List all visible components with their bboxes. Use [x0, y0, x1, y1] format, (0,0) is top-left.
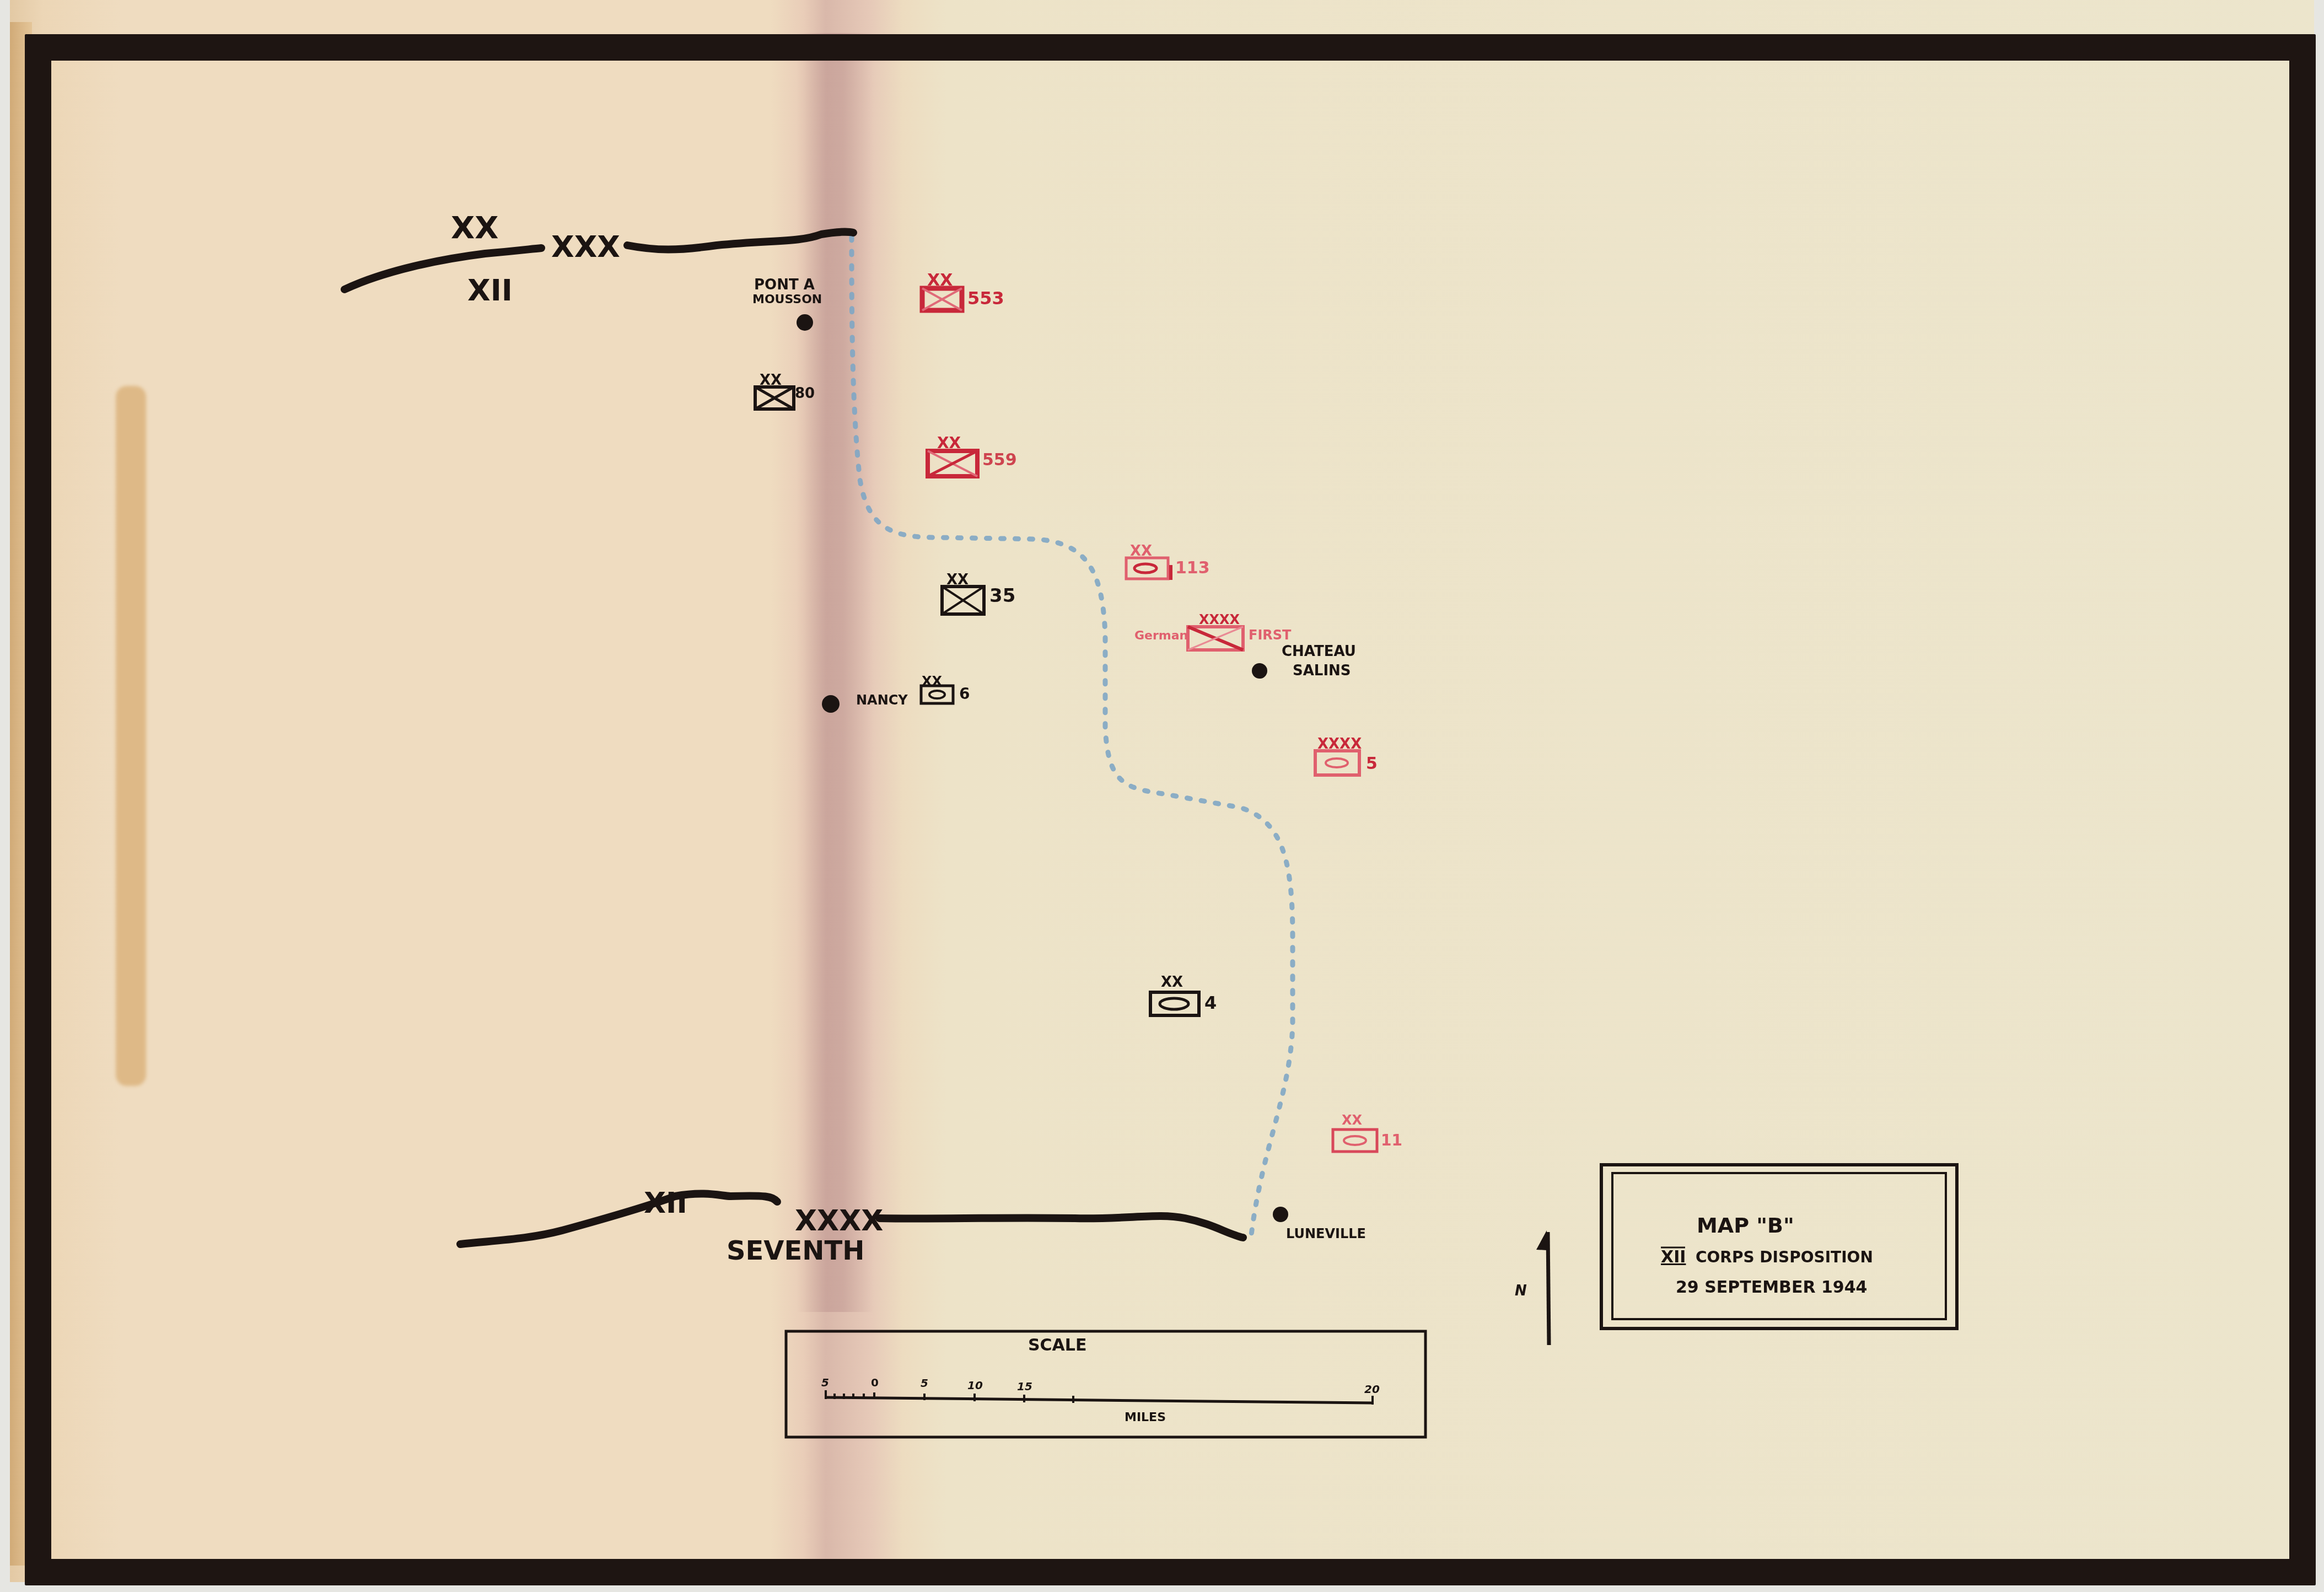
- svg-text:XX: XX: [1161, 974, 1183, 991]
- infantry-symbol-icon: [942, 587, 984, 614]
- unit-friendly-80-infantry-division[interactable]: XX 80: [755, 372, 815, 409]
- infantry-symbol-icon: [755, 387, 794, 409]
- svg-text:10: 10: [967, 1379, 983, 1392]
- town-nancy: NANCY: [822, 692, 908, 713]
- svg-text:MOUSSON: MOUSSON: [752, 293, 822, 306]
- svg-text:XX: XX: [1342, 1112, 1363, 1128]
- town-marker-icon: [797, 314, 813, 331]
- svg-text:LUNEVILLE: LUNEVILLE: [1286, 1226, 1366, 1241]
- svg-text:80: 80: [795, 385, 815, 402]
- title-cartouche: MAP "B" XII CORPS DISPOSITION 29 SEPTEMB…: [1601, 1165, 1957, 1329]
- map-date: 29 SEPTEMBER 1944: [1676, 1278, 1868, 1297]
- svg-text:CHATEAU: CHATEAU: [1282, 643, 1356, 660]
- town-marker-icon: [1273, 1207, 1288, 1222]
- south-boundary-echelon: XXXX: [795, 1204, 883, 1238]
- town-chateau-salins: CHATEAU SALINS: [1252, 643, 1356, 679]
- south-army-boundary: XXXX XII SEVENTH: [460, 1187, 1243, 1266]
- svg-text:559: 559: [982, 450, 1017, 470]
- svg-text:German: German: [1134, 629, 1188, 643]
- corps-numeral: XII: [1661, 1247, 1686, 1267]
- south-boundary-lower-unit: SEVENTH: [727, 1235, 864, 1266]
- armored-symbol-icon: [1315, 751, 1359, 775]
- svg-text:5: 5: [1366, 754, 1378, 773]
- svg-text:5: 5: [821, 1376, 829, 1389]
- svg-text:4: 4: [1204, 992, 1217, 1013]
- armored-symbol-icon: [1333, 1130, 1377, 1152]
- svg-text:35: 35: [989, 585, 1015, 607]
- svg-text:553: 553: [967, 288, 1004, 309]
- unit-friendly-6-armored-division[interactable]: XX 6: [921, 674, 970, 703]
- unit-enemy-113-armored[interactable]: XX 113: [1126, 543, 1210, 580]
- north-arrow-icon: [1536, 1230, 1547, 1250]
- svg-text:N: N: [1515, 1283, 1527, 1299]
- north-boundary-upper-unit: XX: [451, 210, 498, 246]
- town-luneville: LUNEVILLE: [1273, 1207, 1366, 1241]
- svg-text:FIRST: FIRST: [1249, 627, 1292, 643]
- svg-text:5: 5: [921, 1376, 928, 1390]
- infantry-symbol-icon: [928, 451, 977, 476]
- town-pont-a-mousson: PONT A MOUSSON: [752, 277, 822, 331]
- svg-text:NANCY: NANCY: [856, 692, 908, 708]
- svg-text:PONT A: PONT A: [754, 277, 815, 293]
- north-boundary-lower-unit: XII: [467, 273, 513, 308]
- unit-enemy-11-armored-division[interactable]: XX 11: [1333, 1112, 1402, 1152]
- unit-enemy-559-infantry-division[interactable]: XX 559: [928, 434, 1017, 476]
- armored-symbol-icon: [1150, 992, 1199, 1015]
- svg-text:XXXX: XXXX: [1199, 612, 1240, 627]
- map-subtitle: CORPS DISPOSITION: [1696, 1248, 1873, 1266]
- unit-enemy-5-panzer-army[interactable]: XXXX 5: [1315, 736, 1378, 775]
- town-marker-icon: [822, 695, 840, 713]
- south-boundary-upper-unit: XII: [644, 1187, 687, 1220]
- scale-title: SCALE: [1028, 1336, 1086, 1355]
- unit-friendly-35-infantry-division[interactable]: XX 35: [942, 572, 1015, 614]
- scale-bar: SCALE 5 0 5 10 15 20 MILES: [786, 1331, 1425, 1437]
- svg-text:6: 6: [959, 685, 970, 703]
- scale-units: MILES: [1125, 1411, 1166, 1424]
- svg-text:SALINS: SALINS: [1293, 663, 1351, 679]
- armored-symbol-icon: [1126, 558, 1171, 580]
- svg-text:11: 11: [1381, 1131, 1402, 1149]
- infantry-symbol-icon: [1188, 627, 1243, 650]
- svg-text:0: 0: [871, 1376, 879, 1389]
- town-marker-icon: [1252, 663, 1267, 679]
- front-line: [852, 237, 1293, 1235]
- infantry-symbol-icon: [922, 288, 962, 310]
- unit-friendly-4-armored-division[interactable]: XX 4: [1150, 974, 1217, 1015]
- map-canvas: XXX XX XII XXXX XII SEVENTH PONT A MOUSS…: [0, 0, 2324, 1592]
- north-boundary-echelon: XXX: [551, 229, 620, 264]
- unit-enemy-553-infantry-division[interactable]: XX 553: [922, 271, 1004, 310]
- svg-text:15: 15: [1017, 1380, 1032, 1393]
- north-arrow: N: [1515, 1230, 1549, 1345]
- unit-enemy-first-army[interactable]: XXXX German FIRST: [1134, 612, 1292, 650]
- map-title: MAP "B": [1697, 1213, 1794, 1238]
- svg-text:20: 20: [1364, 1383, 1380, 1396]
- svg-text:113: 113: [1175, 558, 1210, 578]
